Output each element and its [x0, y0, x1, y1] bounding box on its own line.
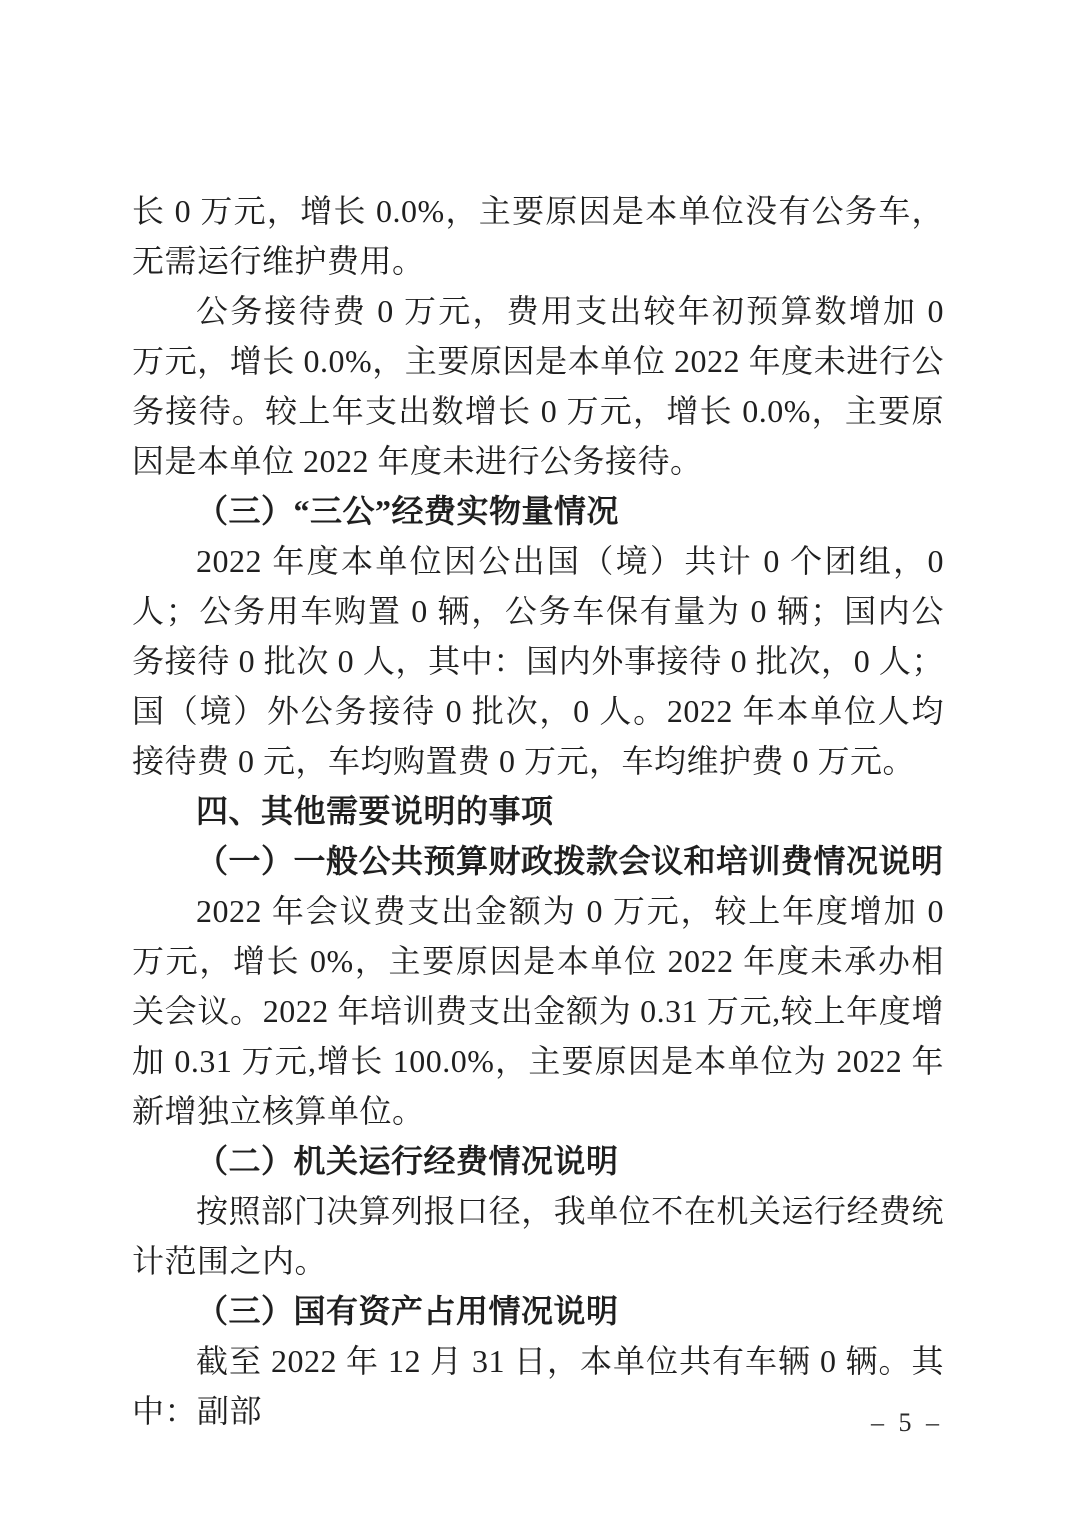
document-page: 长 0 万元，增长 0.0%，主要原因是本单位没有公务车，无需运行维护费用。公务… — [0, 0, 1074, 1520]
paragraph: 公务接待费 0 万元，费用支出较年初预算数增加 0 万元，增长 0.0%，主要原… — [132, 286, 944, 486]
paragraph: 长 0 万元，增长 0.0%，主要原因是本单位没有公务车，无需运行维护费用。 — [132, 186, 944, 286]
subsection-heading: （一）一般公共预算财政拨款会议和培训费情况说明 — [132, 836, 944, 886]
paragraph: 2022 年会议费支出金额为 0 万元，较上年度增加 0 万元，增长 0%，主要… — [132, 886, 944, 1136]
paragraph: 截至 2022 年 12 月 31 日，本单位共有车辆 0 辆。其中：副部 — [132, 1336, 944, 1436]
document-body: 长 0 万元，增长 0.0%，主要原因是本单位没有公务车，无需运行维护费用。公务… — [132, 186, 944, 1436]
subsection-heading: （三）国有资产占用情况说明 — [132, 1286, 944, 1336]
subsection-heading: （三）“三公”经费实物量情况 — [132, 486, 944, 536]
page-number: – 5 – — [871, 1406, 943, 1440]
subsection-heading: （二）机关运行经费情况说明 — [132, 1136, 944, 1186]
paragraph: 2022 年度本单位因公出国（境）共计 0 个团组，0 人；公务用车购置 0 辆… — [132, 536, 944, 786]
paragraph: 按照部门决算列报口径，我单位不在机关运行经费统计范围之内。 — [132, 1186, 944, 1286]
section-heading: 四、其他需要说明的事项 — [132, 786, 944, 836]
